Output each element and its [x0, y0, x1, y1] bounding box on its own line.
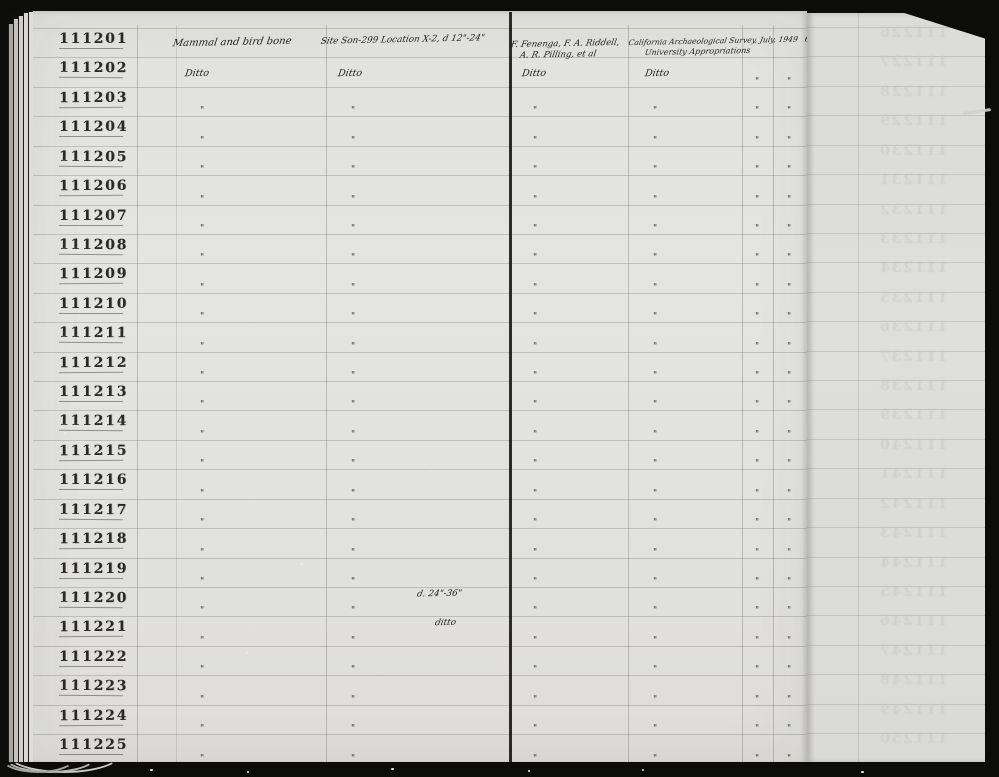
dust-speck — [642, 769, 644, 771]
ditto-mark: " — [200, 489, 204, 499]
rule-line — [33, 558, 807, 559]
ditto-mark: " — [653, 430, 657, 440]
catalog-number: 111221 — [59, 619, 123, 637]
rule-line — [33, 616, 807, 617]
ditto-mark: " — [787, 224, 791, 234]
ditto-mark: " — [200, 548, 204, 558]
ditto-mark: " — [755, 195, 759, 205]
ditto-mark: " — [533, 371, 537, 381]
ditto-mark: " — [351, 371, 355, 381]
ghost-number: 111236 — [861, 319, 965, 335]
ditto-mark: " — [351, 253, 355, 263]
ghost-number: 111226 — [861, 25, 965, 41]
handwritten-entry: University Appropriations — [644, 46, 751, 57]
ditto-mark: " — [351, 136, 355, 146]
ditto-mark: " — [755, 548, 759, 558]
ditto-mark: " — [755, 459, 759, 469]
catalog-number: 111222 — [59, 649, 123, 667]
handwritten-entry: A. R. Pilling, et al — [519, 49, 597, 61]
site-note: d. 24"-36" — [416, 589, 463, 600]
rule-line — [33, 705, 807, 706]
rule-line — [33, 646, 807, 647]
ditto-mark: " — [533, 106, 537, 116]
ditto-mark: " — [755, 400, 759, 410]
ditto-mark: " — [653, 312, 657, 322]
catalog-number: 111210 — [59, 296, 123, 314]
ditto-mark: " — [755, 430, 759, 440]
catalog-number: 111215 — [59, 443, 123, 461]
ditto-mark: " — [351, 489, 355, 499]
catalog-number: 111213 — [59, 384, 123, 402]
ditto-mark: " — [653, 489, 657, 499]
ditto-mark: " — [653, 253, 657, 263]
ditto-mark: " — [533, 195, 537, 205]
rule-line — [33, 528, 807, 529]
ditto-mark: " — [533, 400, 537, 410]
handwritten-entry: F. Fenenga, F. A. Riddell, — [510, 38, 620, 50]
rule-line — [176, 25, 177, 763]
ditto-word: Ditto — [521, 68, 547, 80]
ditto-mark: " — [200, 665, 204, 675]
ditto-mark: " — [200, 165, 204, 175]
ditto-mark: " — [755, 695, 759, 705]
ditto-mark: " — [787, 283, 791, 293]
ditto-mark: " — [755, 77, 759, 87]
handwritten-entry: Site Son-299 Location X-2, d 12"-24" — [320, 33, 486, 46]
ditto-mark: " — [351, 342, 355, 352]
catalog-number: 111207 — [59, 208, 123, 226]
ditto-mark: " — [787, 253, 791, 263]
ditto-mark: " — [351, 195, 355, 205]
ghost-number: 111250 — [861, 731, 965, 747]
photo-border-left — [0, 0, 8, 777]
ditto-mark: " — [351, 165, 355, 175]
ditto-mark: " — [351, 518, 355, 528]
ghost-number: 111244 — [861, 555, 965, 571]
ghost-number: 111247 — [861, 643, 965, 659]
ditto-mark: " — [787, 77, 791, 87]
ditto-mark: " — [200, 195, 204, 205]
ditto-mark: " — [351, 577, 355, 587]
catalog-number: 111217 — [59, 501, 123, 519]
rule-line — [628, 25, 629, 763]
rule-line — [33, 116, 807, 117]
ghost-number: 111230 — [861, 143, 965, 159]
ditto-mark: " — [653, 136, 657, 146]
ghost-number: 111235 — [861, 290, 965, 306]
rule-line — [33, 57, 807, 58]
ditto-mark: " — [755, 253, 759, 263]
catalog-number: 111202 — [59, 60, 123, 78]
dust-speck — [245, 651, 248, 654]
catalog-number: 111206 — [59, 178, 123, 196]
catalog-number: 111211 — [59, 325, 123, 343]
page-corner-curve — [0, 741, 76, 773]
scanned-ledger-photo: 111201Mammal and bird boneSite Son-299 L… — [0, 0, 999, 777]
catalog-number: 111214 — [59, 413, 123, 431]
ghost-number: 111242 — [861, 496, 965, 512]
ditto-mark: " — [533, 165, 537, 175]
ditto-mark: " — [533, 548, 537, 558]
ditto-mark: " — [200, 371, 204, 381]
ditto-mark: " — [351, 665, 355, 675]
ghost-number: 111249 — [861, 702, 965, 718]
ditto-mark: " — [200, 136, 204, 146]
rule-line — [33, 381, 807, 382]
ditto-mark: " — [200, 224, 204, 234]
ditto-mark: " — [787, 489, 791, 499]
ghost-number: 111245 — [861, 584, 965, 600]
ditto-mark: " — [351, 224, 355, 234]
ditto-mark: " — [533, 312, 537, 322]
catalog-number: 111224 — [59, 707, 123, 725]
ditto-mark: " — [787, 430, 791, 440]
rule-line — [33, 28, 807, 29]
dust-speck — [391, 768, 394, 770]
ditto-mark: " — [755, 312, 759, 322]
catalog-number: 111212 — [59, 354, 123, 372]
rule-line — [33, 293, 807, 294]
ditto-mark: " — [755, 136, 759, 146]
catalog-number: 111204 — [59, 119, 123, 137]
ditto-mark: " — [787, 636, 791, 646]
rule-line — [33, 352, 807, 353]
ditto-mark: " — [787, 342, 791, 352]
rule-line — [137, 25, 138, 763]
rule-line — [773, 25, 774, 763]
rule-line — [742, 25, 743, 763]
ditto-mark: " — [787, 606, 791, 616]
ditto-mark: " — [653, 400, 657, 410]
ditto-mark: " — [351, 724, 355, 734]
ditto-mark: " — [200, 312, 204, 322]
ditto-mark: " — [755, 518, 759, 528]
ghost-number: 111237 — [861, 349, 965, 365]
site-note: ditto — [434, 618, 457, 628]
rule-line — [33, 322, 807, 323]
ditto-mark: " — [200, 106, 204, 116]
ditto-mark: " — [755, 665, 759, 675]
rule-line — [33, 234, 807, 235]
dust-speck — [300, 563, 303, 565]
ditto-mark: " — [787, 548, 791, 558]
ditto-mark: " — [653, 577, 657, 587]
handwritten-entry: Mammal and bird bone — [172, 36, 293, 49]
dust-speck — [88, 446, 90, 448]
ghost-number: 111231 — [861, 172, 965, 188]
rule-line — [326, 25, 327, 763]
ditto-mark: " — [351, 695, 355, 705]
ghost-number: 111227 — [861, 54, 965, 70]
ditto-mark: " — [755, 577, 759, 587]
ditto-mark: " — [351, 106, 355, 116]
ditto-mark: " — [200, 253, 204, 263]
ditto-word: Ditto — [644, 68, 670, 80]
catalog-number: 111205 — [59, 148, 123, 166]
dust-speck — [430, 470, 432, 472]
ghost-number: 111246 — [861, 613, 965, 629]
rule-line — [33, 175, 807, 176]
ditto-mark: " — [533, 253, 537, 263]
ditto-mark: " — [787, 165, 791, 175]
next-page-edge: 1112261112271112281112291112301112311112… — [807, 13, 985, 762]
rule-line — [33, 205, 807, 206]
ditto-word: Ditto — [337, 68, 363, 80]
ditto-mark: " — [200, 695, 204, 705]
ditto-mark: " — [653, 224, 657, 234]
ditto-mark: " — [653, 665, 657, 675]
ghost-number: 111239 — [861, 407, 965, 423]
ghost-number: 111240 — [861, 437, 965, 453]
ditto-mark: " — [351, 606, 355, 616]
ditto-mark: " — [755, 165, 759, 175]
ditto-mark: " — [755, 224, 759, 234]
ditto-mark: " — [533, 136, 537, 146]
ditto-mark: " — [653, 106, 657, 116]
catalog-number: 111219 — [59, 561, 123, 579]
catalog-number: 111203 — [59, 90, 123, 108]
ditto-mark: " — [351, 312, 355, 322]
ditto-mark: " — [653, 165, 657, 175]
ditto-mark: " — [787, 195, 791, 205]
ditto-mark: " — [755, 636, 759, 646]
ditto-mark: " — [787, 724, 791, 734]
ghost-number: 111241 — [861, 466, 965, 482]
ditto-mark: " — [200, 283, 204, 293]
ditto-mark: " — [787, 665, 791, 675]
photo-border-top — [0, 0, 999, 11]
ditto-mark: " — [533, 283, 537, 293]
rule-line — [33, 499, 807, 500]
rule-line — [33, 87, 807, 88]
ditto-mark: " — [787, 312, 791, 322]
catalog-number: 111208 — [59, 237, 123, 255]
ditto-mark: " — [351, 548, 355, 558]
ditto-mark: " — [787, 577, 791, 587]
ditto-mark: " — [200, 459, 204, 469]
ghost-number: 111232 — [861, 202, 965, 218]
ditto-mark: " — [755, 283, 759, 293]
ghost-number: 111234 — [861, 260, 965, 276]
catalog-number: 111201 — [59, 31, 123, 49]
ditto-mark: " — [653, 695, 657, 705]
ditto-mark: " — [351, 459, 355, 469]
binding-gutter-line — [509, 12, 512, 763]
catalog-number: 111216 — [59, 472, 123, 490]
ditto-mark: " — [787, 400, 791, 410]
ditto-mark: " — [653, 283, 657, 293]
ditto-mark: " — [787, 106, 791, 116]
ditto-mark: " — [787, 518, 791, 528]
ditto-mark: " — [533, 577, 537, 587]
catalog-number: 111209 — [59, 266, 123, 284]
ditto-mark: " — [200, 577, 204, 587]
dust-speck — [247, 771, 249, 773]
dust-speck — [64, 432, 67, 435]
ditto-mark: " — [533, 636, 537, 646]
ditto-mark: " — [200, 724, 204, 734]
ditto-mark: " — [787, 695, 791, 705]
ditto-mark: " — [653, 195, 657, 205]
ditto-mark: " — [533, 489, 537, 499]
ditto-mark: " — [653, 548, 657, 558]
ditto-mark: " — [653, 724, 657, 734]
ditto-mark: " — [351, 400, 355, 410]
rule-line — [858, 13, 859, 762]
ghost-number: 111233 — [861, 231, 965, 247]
ditto-mark: " — [755, 724, 759, 734]
ledger-page: 111201Mammal and bird boneSite Son-299 L… — [33, 11, 807, 763]
dust-speck — [150, 769, 153, 771]
rule-line — [33, 263, 807, 264]
ditto-mark: " — [351, 283, 355, 293]
ditto-mark: " — [653, 459, 657, 469]
ditto-mark: " — [200, 430, 204, 440]
ditto-mark: " — [755, 371, 759, 381]
ditto-mark: " — [351, 636, 355, 646]
handwritten-entry: California Archaeological Survey, July, … — [628, 34, 834, 47]
rule-line — [33, 440, 807, 441]
ditto-mark: " — [787, 136, 791, 146]
rule-line — [33, 734, 807, 735]
catalog-number: 111223 — [59, 678, 123, 696]
dust-speck — [861, 771, 864, 773]
dust-speck — [528, 770, 530, 772]
ditto-mark: " — [755, 489, 759, 499]
rule-line — [33, 410, 807, 411]
ditto-mark: " — [787, 371, 791, 381]
ditto-mark: " — [200, 518, 204, 528]
catalog-number: 111220 — [59, 590, 123, 608]
ditto-mark: " — [200, 606, 204, 616]
ghost-number: 111229 — [861, 113, 965, 129]
ditto-mark: " — [787, 459, 791, 469]
ghost-number: 111238 — [861, 378, 965, 394]
ditto-mark: " — [533, 724, 537, 734]
ghost-number: 111243 — [861, 525, 965, 541]
rule-line — [33, 675, 807, 676]
ditto-mark: " — [533, 342, 537, 352]
ditto-mark: " — [200, 636, 204, 646]
rule-line — [33, 587, 807, 588]
ditto-mark: " — [533, 606, 537, 616]
ditto-mark: " — [533, 518, 537, 528]
ditto-mark: " — [533, 665, 537, 675]
ditto-mark: " — [755, 106, 759, 116]
ditto-mark: " — [755, 342, 759, 352]
ditto-mark: " — [533, 430, 537, 440]
ditto-mark: " — [533, 695, 537, 705]
ditto-word: Ditto — [184, 68, 210, 80]
ditto-mark: " — [653, 518, 657, 528]
ghost-number: 111228 — [861, 84, 965, 100]
ditto-mark: " — [653, 606, 657, 616]
ditto-mark: " — [533, 224, 537, 234]
ditto-mark: " — [533, 459, 537, 469]
rule-line — [33, 469, 807, 470]
ditto-mark: " — [351, 430, 355, 440]
ditto-mark: " — [653, 636, 657, 646]
ghost-number: 111248 — [861, 672, 965, 688]
ditto-mark: " — [200, 400, 204, 410]
ditto-mark: " — [653, 371, 657, 381]
photo-border-right — [985, 0, 999, 777]
ditto-mark: " — [653, 342, 657, 352]
rule-line — [33, 146, 807, 147]
ditto-mark: " — [755, 606, 759, 616]
ditto-mark: " — [200, 342, 204, 352]
catalog-number: 111218 — [59, 531, 123, 549]
